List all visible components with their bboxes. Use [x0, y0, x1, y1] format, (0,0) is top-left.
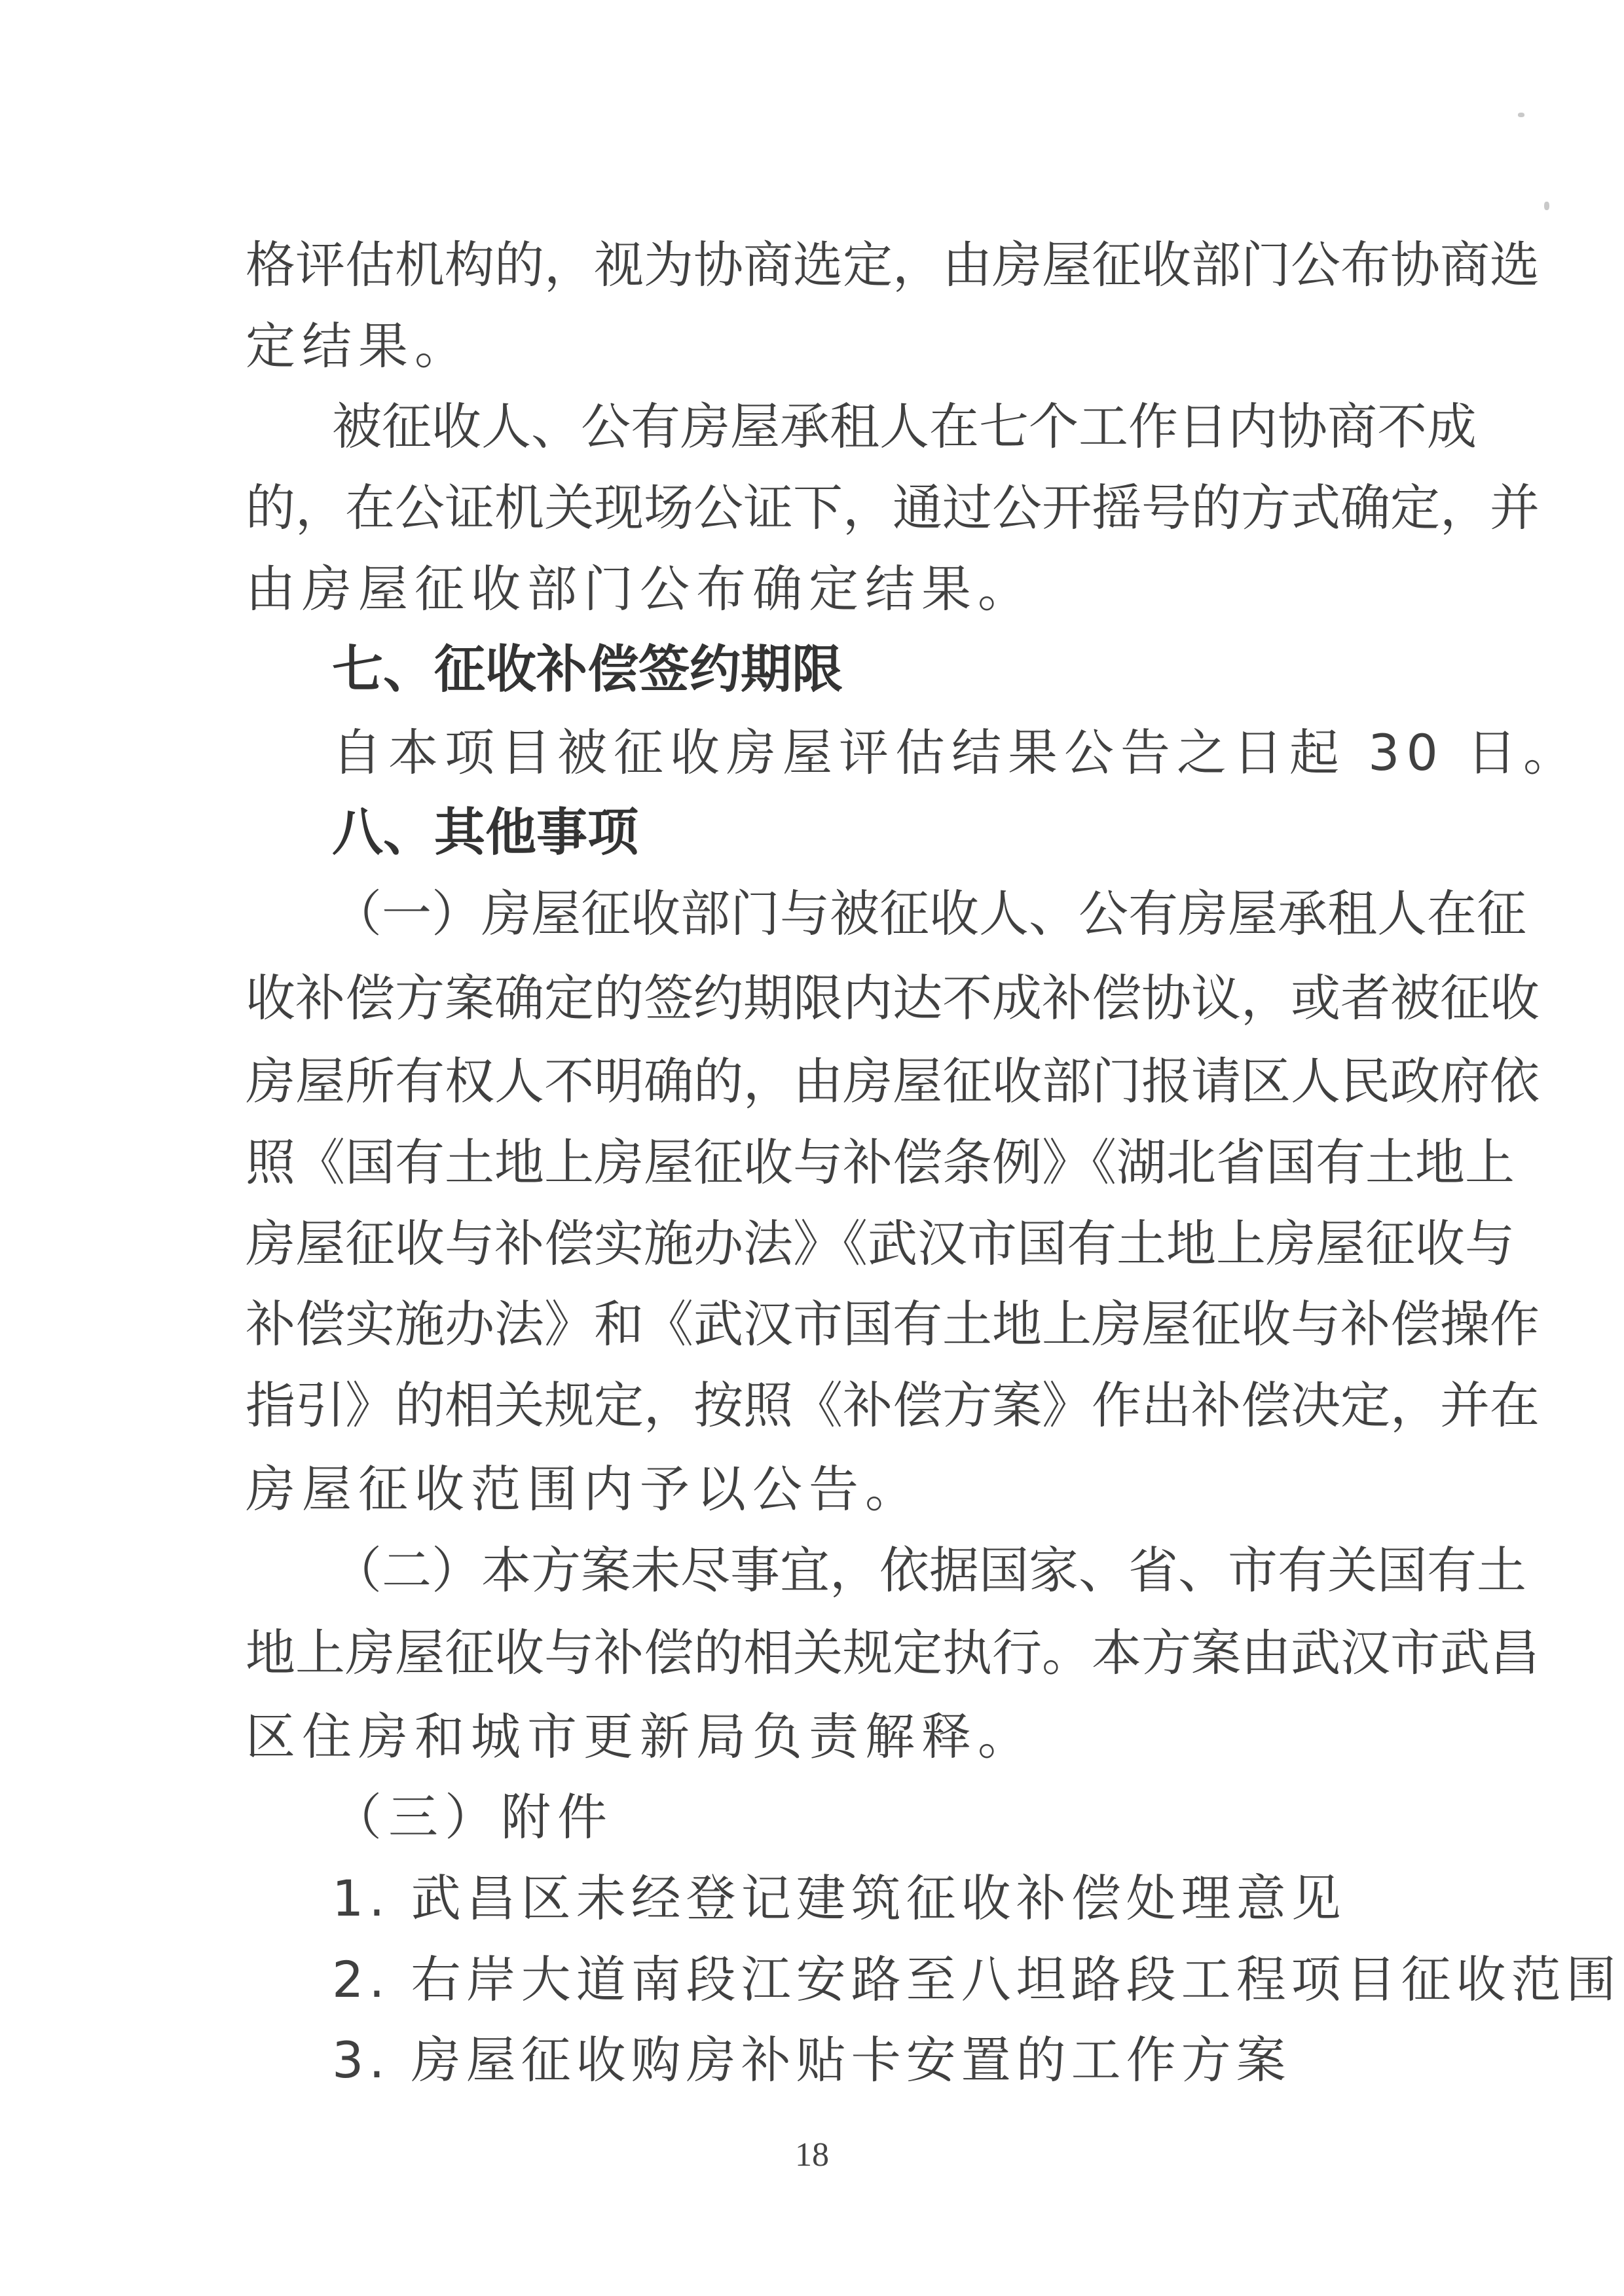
- scan-speck: [1544, 202, 1549, 210]
- paragraph-line: 格评估机构的，视为协商选定，由房屋征收部门公布协商选: [246, 232, 1375, 298]
- paragraph-line: 房屋征收范围内予以公告。: [246, 1457, 1375, 1522]
- attachments-heading: （三）附件: [332, 1785, 1375, 1850]
- section-heading-8: 八、其他事项: [332, 800, 1375, 866]
- paragraph-line: 收补偿方案确定的签约期限内达不成补偿协议，或者被征收: [246, 966, 1375, 1031]
- scan-speck: [1518, 113, 1524, 117]
- attachment-item-1: 1. 武昌区未经登记建筑征收补偿处理意见: [332, 1866, 1375, 1931]
- paragraph-line: 的，在公证机关现场公证下，通过公开摇号的方式确定，并: [246, 475, 1375, 541]
- paragraph-line: 被征收人、公有房屋承租人在七个工作日内协商不成: [332, 394, 1375, 460]
- paragraph-line: 区住房和城市更新局负责解释。: [246, 1704, 1375, 1770]
- paragraph-line: （一）房屋征收部门与被征收人、公有房屋承租人在征: [332, 881, 1375, 947]
- paragraph-line: 补偿实施办法》和《武汉市国有土地上房屋征收与补偿操作: [246, 1292, 1375, 1357]
- document-page: 格评估机构的，视为协商选定，由房屋征收部门公布协商选 定结果。 被征收人、公有房…: [0, 0, 1624, 2296]
- attachment-item-3: 3. 房屋征收购房补贴卡安置的工作方案: [332, 2028, 1375, 2093]
- paragraph-line: 地上房屋征收与补偿的相关规定执行。本方案由武汉市武昌: [246, 1620, 1375, 1686]
- paragraph-line: 房屋所有权人不明确的，由房屋征收部门报请区人民政府依: [246, 1049, 1375, 1114]
- paragraph-line: （二）本方案未尽事宜，依据国家、省、市有关国有土: [332, 1538, 1375, 1603]
- page-number: 18: [779, 2136, 845, 2174]
- paragraph-line: 定结果。: [246, 314, 1375, 379]
- paragraph-line: 房屋征收与补偿实施办法》《武汉市国有土地上房屋征收与: [246, 1211, 1375, 1277]
- paragraph-line: 由房屋征收部门公布确定结果。: [246, 556, 1375, 622]
- paragraph-line: 照《国有土地上房屋征收与补偿条例》《湖北省国有土地上: [246, 1130, 1375, 1195]
- paragraph-line: 指引》的相关规定，按照《补偿方案》作出补偿决定，并在: [246, 1373, 1375, 1438]
- paragraph-line: 自本项目被征收房屋评估结果公告之日起 30 日。: [332, 720, 1375, 786]
- attachment-item-2: 2. 右岸大道南段江安路至八坦路段工程项目征收范围图: [332, 1947, 1375, 2013]
- section-heading-7: 七、征收补偿签约期限: [332, 637, 1375, 702]
